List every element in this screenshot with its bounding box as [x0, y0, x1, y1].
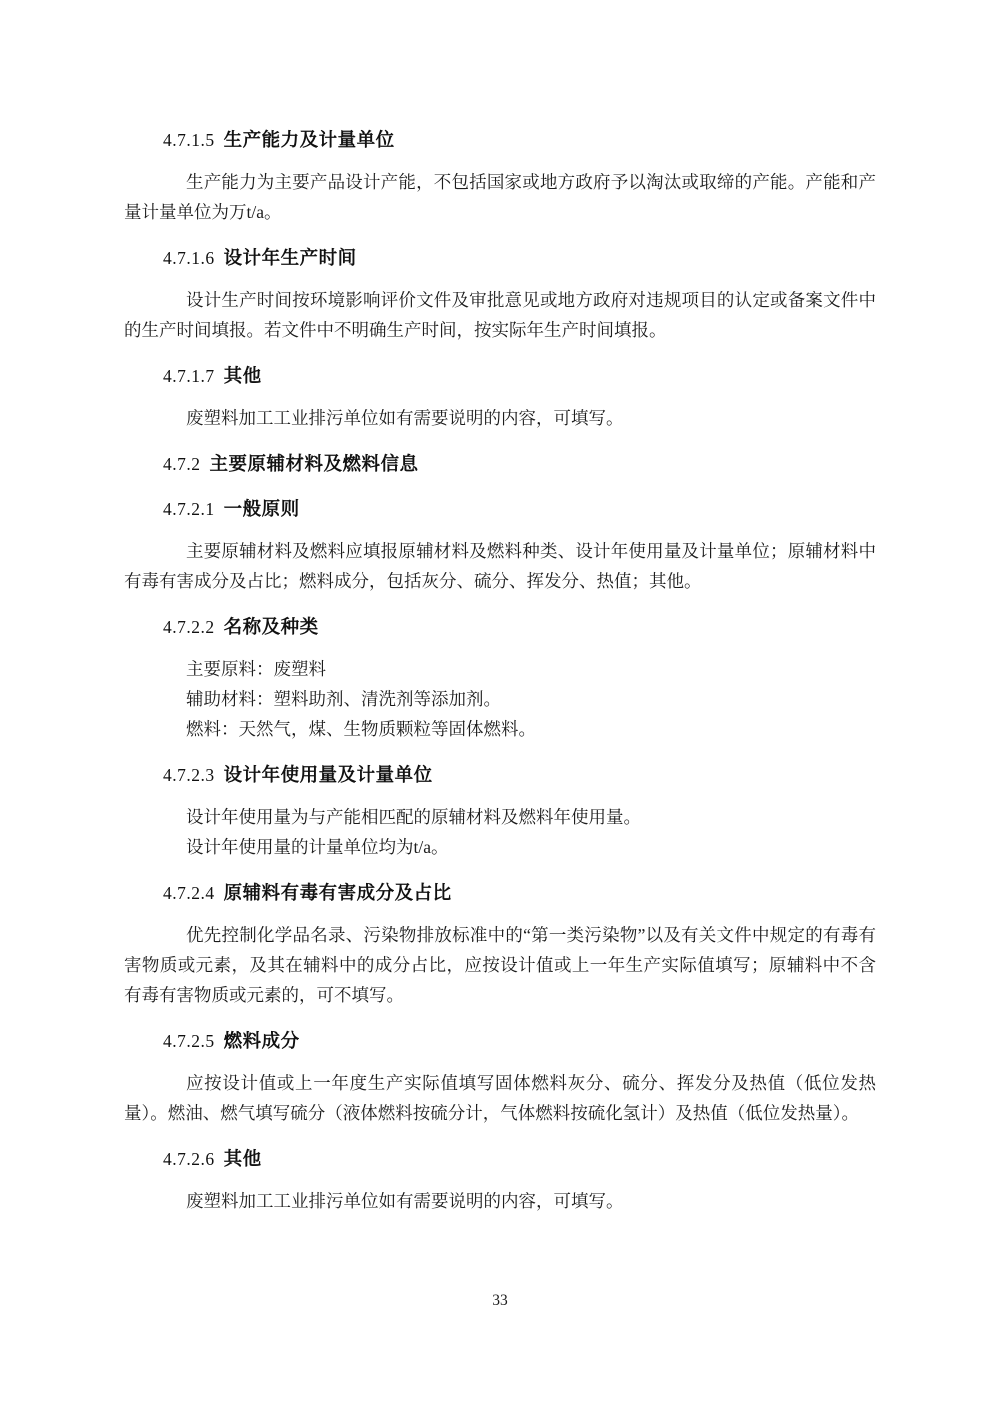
section-number: 4.7.2.1	[163, 499, 215, 519]
section-number: 4.7.1.6	[163, 248, 215, 268]
paragraph: 设计年使用量的计量单位均为t/a。	[124, 832, 876, 862]
paragraph: 辅助材料：塑料助剂、清洗剂等添加剂。	[124, 684, 876, 714]
paragraph: 废塑料加工工业排污单位如有需要说明的内容，可填写。	[124, 403, 876, 433]
section-title: 名称及种类	[224, 616, 319, 637]
section-heading-4723: 4.7.2.3设计年使用量及计量单位	[124, 762, 876, 789]
section-title: 其他	[224, 365, 262, 386]
paragraph: 设计年使用量为与产能相匹配的原辅材料及燃料年使用量。	[124, 802, 876, 832]
section-number: 4.7.2.3	[163, 765, 215, 785]
section-title: 原辅料有毒有害成分及占比	[224, 882, 452, 903]
section-heading-4722: 4.7.2.2名称及种类	[124, 614, 876, 641]
paragraph: 燃料：天然气，煤、生物质颗粒等固体燃料。	[124, 714, 876, 744]
section-title: 生产能力及计量单位	[224, 129, 395, 150]
section-title: 其他	[224, 1148, 262, 1169]
section-heading-4716: 4.7.1.6设计年生产时间	[124, 245, 876, 272]
section-title: 主要原辅材料及燃料信息	[210, 453, 419, 474]
section-number: 4.7.1.7	[163, 366, 215, 386]
section-title: 燃料成分	[224, 1030, 300, 1051]
section-heading-4726: 4.7.2.6其他	[124, 1146, 876, 1173]
section-number: 4.7.2.4	[163, 883, 215, 903]
section-title: 一般原则	[224, 498, 300, 519]
document-content: 4.7.1.5生产能力及计量单位 生产能力为主要产品设计产能，不包括国家或地方政…	[124, 0, 876, 1216]
paragraph: 主要原料：废塑料	[124, 654, 876, 684]
section-number: 4.7.2.5	[163, 1031, 215, 1051]
section-title: 设计年使用量及计量单位	[224, 764, 433, 785]
paragraph: 废塑料加工工业排污单位如有需要说明的内容，可填写。	[124, 1186, 876, 1216]
section-number: 4.7.2	[163, 454, 201, 474]
section-heading-4724: 4.7.2.4原辅料有毒有害成分及占比	[124, 880, 876, 907]
section-heading-4715: 4.7.1.5生产能力及计量单位	[124, 127, 876, 154]
section-number: 4.7.1.5	[163, 130, 215, 150]
paragraph: 优先控制化学品名录、污染物排放标准中的“第一类污染物”以及有关文件中规定的有毒有…	[124, 920, 876, 1010]
section-heading-4721: 4.7.2.1一般原则	[124, 496, 876, 523]
section-number: 4.7.2.6	[163, 1149, 215, 1169]
page-number: 33	[0, 1292, 1000, 1310]
document-page: 4.7.1.5生产能力及计量单位 生产能力为主要产品设计产能，不包括国家或地方政…	[0, 0, 1000, 1414]
paragraph: 应按设计值或上一年度生产实际值填写固体燃料灰分、硫分、挥发分及热值（低位发热量）…	[124, 1068, 876, 1128]
paragraph: 生产能力为主要产品设计产能，不包括国家或地方政府予以淘汰或取缔的产能。产能和产量…	[124, 167, 876, 227]
section-heading-4725: 4.7.2.5燃料成分	[124, 1028, 876, 1055]
paragraph: 设计生产时间按环境影响评价文件及审批意见或地方政府对违规项目的认定或备案文件中的…	[124, 285, 876, 345]
section-heading-472: 4.7.2主要原辅材料及燃料信息	[124, 451, 876, 478]
paragraph: 主要原辅材料及燃料应填报原辅材料及燃料种类、设计年使用量及计量单位；原辅材料中有…	[124, 536, 876, 596]
section-number: 4.7.2.2	[163, 617, 215, 637]
section-heading-4717: 4.7.1.7其他	[124, 363, 876, 390]
section-title: 设计年生产时间	[224, 247, 357, 268]
